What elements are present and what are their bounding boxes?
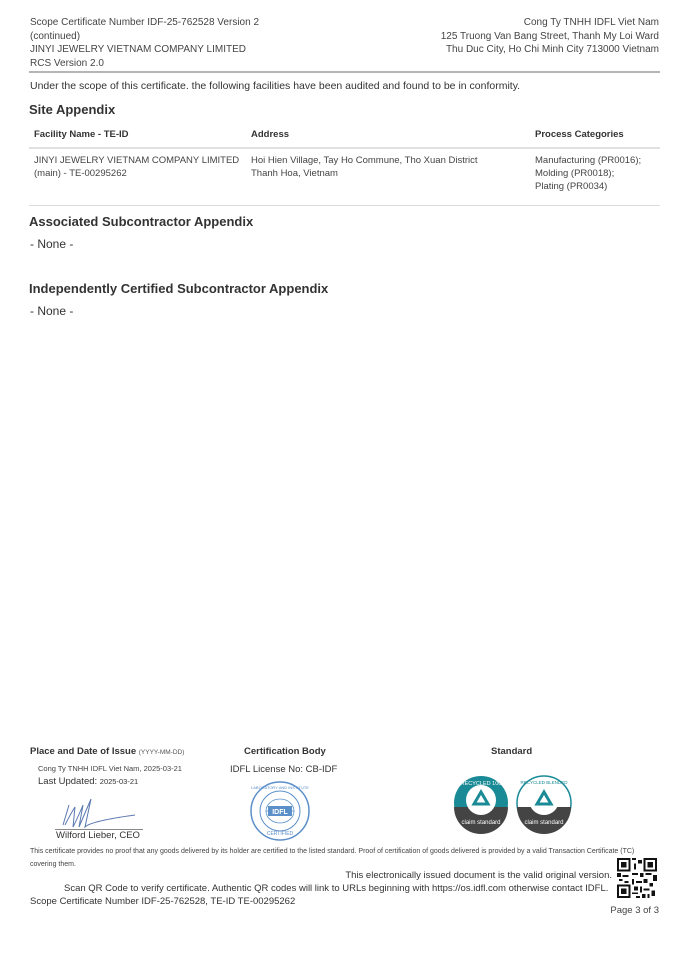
address-cell: Hoi Hien Village, Tay Ho Commune, Tho Xu…	[246, 148, 530, 206]
issuer-city: Thu Duc City, Ho Chi Minh City 713000 Vi…	[441, 43, 659, 57]
header-certificate-number: Scope Certificate Number IDF-25-762528 V…	[30, 16, 259, 30]
certification-body-title: Certification Body	[244, 746, 326, 757]
certificate-reference: Scope Certificate Number IDF-25-762528, …	[30, 896, 295, 907]
header-certificate-info: Scope Certificate Number IDF-25-762528 V…	[30, 16, 259, 70]
associated-subcontractor-value: - None -	[30, 237, 73, 251]
standard-title: Standard	[491, 746, 532, 757]
issue-date: 2025-03-21	[144, 764, 182, 773]
issuer-street: 125 Truong Van Bang Street, Thanh My Loi…	[441, 30, 659, 44]
issuer-name: Cong Ty TNHH IDFL Viet Nam	[441, 16, 659, 30]
scope-statement: Under the scope of this certificate. the…	[30, 80, 520, 92]
signer-name: Wilford Lieber, CEO	[56, 830, 140, 841]
last-updated: Last Updated: 2025-03-21	[38, 776, 138, 787]
site-appendix-title: Site Appendix	[29, 102, 115, 117]
date-format: (YYYY-MM-DD)	[139, 749, 185, 756]
qr-code-icon[interactable]	[617, 858, 657, 898]
recycled-100-logo-icon: RECYCLED 100 claim standard	[452, 774, 510, 836]
last-updated-label: Last Updated:	[38, 776, 97, 787]
facility-cell: JINYI JEWELRY VIETNAM COMPANY LIMITED (m…	[29, 148, 246, 206]
svg-text:IDFL: IDFL	[272, 809, 288, 816]
address-line-1: Hoi Hien Village, Tay Ho Commune, Tho Xu…	[251, 154, 525, 167]
process-item: Manufacturing (PR0016);	[535, 154, 655, 167]
table-row: JINYI JEWELRY VIETNAM COMPANY LIMITED (m…	[29, 148, 660, 206]
license-number: IDFL License No: CB-IDF	[230, 764, 337, 775]
disclaimer: This certificate provides no proof that …	[30, 845, 662, 871]
process-cell: Manufacturing (PR0016); Molding (PR0018)…	[530, 148, 660, 206]
process-item: Plating (PR0034)	[535, 180, 655, 193]
independent-subcontractor-title: Independently Certified Subcontractor Ap…	[29, 281, 328, 296]
recycled-blended-logo-icon: RECYCLED BLENDED claim standard	[515, 774, 573, 836]
idfl-certified-seal-icon: IDFL CERTIFIED LABORATORY AND INSTITUTE	[245, 780, 315, 842]
svg-text:LABORATORY AND INSTITUTE: LABORATORY AND INSTITUTE	[251, 785, 309, 790]
column-header-process: Process Categories	[530, 124, 660, 148]
certificate-page: Scope Certificate Number IDF-25-762528 V…	[0, 0, 690, 976]
header-divider	[29, 71, 660, 73]
independent-subcontractor-value: - None -	[30, 304, 73, 318]
svg-text:CERTIFIED: CERTIFIED	[267, 831, 294, 837]
header-company-name: JINYI JEWELRY VIETNAM COMPANY LIMITED	[30, 43, 259, 57]
associated-subcontractor-title: Associated Subcontractor Appendix	[29, 214, 253, 229]
table-header-row: Facility Name - TE-ID Address Process Ca…	[29, 124, 660, 148]
last-updated-date: 2025-03-21	[100, 777, 138, 786]
svg-text:RECYCLED 100: RECYCLED 100	[461, 781, 502, 787]
issue-place-date: Cong Ty TNHH IDFL Viet Nam, 2025-03-21	[38, 764, 182, 773]
issue-place: Cong Ty TNHH IDFL Viet Nam	[38, 764, 139, 773]
process-item: Molding (PR0018);	[535, 167, 655, 180]
qr-scan-instructions: Scan QR Code to verify certificate. Auth…	[64, 883, 608, 894]
valid-original-notice: This electronically issued document is t…	[345, 870, 612, 881]
facility-name: JINYI JEWELRY VIETNAM COMPANY LIMITED	[34, 154, 241, 167]
facility-te-id: (main) - TE-00295262	[34, 167, 241, 180]
svg-text:RECYCLED BLENDED: RECYCLED BLENDED	[520, 780, 568, 785]
header-continued: (continued)	[30, 30, 259, 44]
place-date-heading: Place and Date of Issue (YYYY-MM-DD)	[30, 746, 184, 757]
site-appendix-table: Facility Name - TE-ID Address Process Ca…	[29, 124, 660, 206]
signature-icon	[55, 795, 145, 831]
svg-text:claim standard: claim standard	[524, 820, 563, 826]
header-issuer-address: Cong Ty TNHH IDFL Viet Nam 125 Truong Va…	[441, 16, 659, 57]
place-date-title: Place and Date of Issue	[30, 746, 136, 757]
page-number: Page 3 of 3	[610, 905, 659, 916]
address-line-2: Thanh Hoa, Vietnam	[251, 167, 525, 180]
column-header-facility: Facility Name - TE-ID	[29, 124, 246, 148]
column-header-address: Address	[246, 124, 530, 148]
svg-text:claim standard: claim standard	[461, 820, 500, 826]
header-standard-version: RCS Version 2.0	[30, 57, 259, 71]
